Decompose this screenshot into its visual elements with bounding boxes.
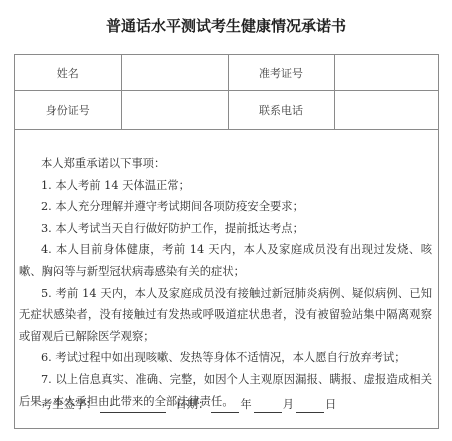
- commitment-item-6: 6. 考试过程中如出现咳嗽、发热等身体不适情况，本人愿自行放弃考试；: [19, 347, 432, 369]
- info-table: 姓名 准考证号 身份证号 联系电话: [15, 55, 438, 130]
- day-field[interactable]: [296, 399, 324, 413]
- commitment-item-3: 3. 本人考试当天自行做好防护工作，提前抵达考点；: [19, 218, 432, 240]
- name-field[interactable]: [121, 55, 228, 91]
- day-label: 日: [325, 397, 336, 413]
- month-field[interactable]: [254, 399, 282, 413]
- table-row: 身份证号 联系电话: [15, 91, 438, 130]
- phone-label: 联系电话: [228, 91, 334, 130]
- signature-field[interactable]: [100, 399, 166, 413]
- commitment-item-1: 1. 本人考前 14 天体温正常；: [19, 175, 432, 197]
- year-label: 年: [240, 397, 251, 413]
- name-label: 姓名: [15, 55, 121, 91]
- signature-label: 考生签字：: [41, 397, 98, 413]
- admission-ticket-field[interactable]: [334, 55, 438, 91]
- form-box: 姓名 准考证号 身份证号 联系电话 本人郑重承诺以下事项： 1. 本人考前 14…: [14, 54, 439, 429]
- year-field[interactable]: [211, 399, 239, 413]
- date-label: 日期：: [176, 397, 210, 413]
- commitment-item-5: 5. 考前 14 天内，本人及家庭成员没有接触过新冠肺炎病例、疑似病例、已知无症…: [19, 283, 432, 348]
- commitment-item-2: 2. 本人充分理解并遵守考试期间各项防疫安全要求；: [19, 196, 432, 218]
- phone-field[interactable]: [334, 91, 438, 130]
- id-number-label: 身份证号: [15, 91, 121, 130]
- signature-row: 考生签字：日期：年月日: [41, 397, 336, 413]
- id-number-field[interactable]: [121, 91, 228, 130]
- commitment-item-4: 4. 本人目前身体健康，考前 14 天内，本人及家庭成员没有出现过发烧、咳嗽、胸…: [19, 239, 432, 282]
- commitment-text: 本人郑重承诺以下事项： 1. 本人考前 14 天体温正常； 2. 本人充分理解并…: [19, 153, 432, 412]
- document-title: 普通话水平测试考生健康情况承诺书: [0, 17, 452, 35]
- month-label: 月: [283, 397, 294, 413]
- commitment-intro: 本人郑重承诺以下事项：: [19, 153, 432, 175]
- table-row: 姓名 准考证号: [15, 55, 438, 91]
- admission-ticket-label: 准考证号: [228, 55, 334, 91]
